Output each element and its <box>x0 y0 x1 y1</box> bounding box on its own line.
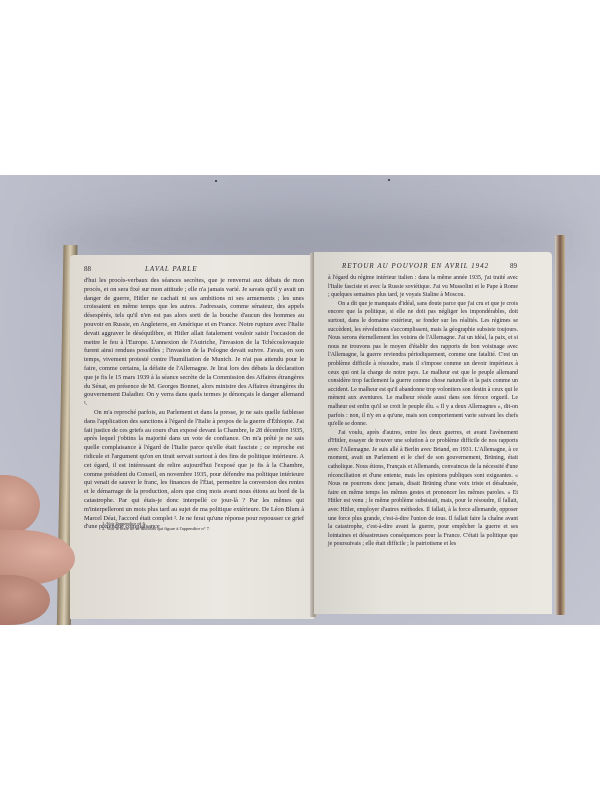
hand-holding-book <box>0 475 110 615</box>
paragraph: d'hui les procès-verbaux des séances sec… <box>84 277 304 409</box>
paragraph: J'ai voulu, après d'autres, entre les de… <box>328 429 518 549</box>
right-page-body: à l'égard du régime intérieur italien : … <box>328 274 518 549</box>
dust-speck <box>215 180 217 182</box>
paragraph: On m'a reproché parfois, au Parlement et… <box>84 409 304 532</box>
paragraph: à l'égard du régime intérieur italien : … <box>328 274 518 300</box>
right-page-number: 89 <box>510 262 517 270</box>
paragraph: On a dit que je manquais d'idéal, sans d… <box>328 300 518 429</box>
footnote-2: 2. Voir le texte de ce discours qui figu… <box>102 526 302 531</box>
right-running-head: RETOUR AU POUVOIR EN AVRIL 1942 <box>342 262 489 270</box>
left-page-body: d'hui les procès-verbaux des séances sec… <box>84 277 304 532</box>
book-cover-edge-right <box>555 235 565 615</box>
finger <box>0 475 40 535</box>
left-running-head: LAVAL PARLE <box>145 265 197 273</box>
right-page: RETOUR AU POUVOIR EN AVRIL 1942 89 à l'é… <box>314 252 552 614</box>
dust-speck <box>388 179 390 181</box>
left-page-number: 88 <box>84 265 91 273</box>
photo-background: 88 LAVAL PARLE d'hui les procès-verbaux … <box>0 175 600 625</box>
footnotes: 1. Voir l'appendice n° 6. 2. Voir le tex… <box>102 521 302 532</box>
